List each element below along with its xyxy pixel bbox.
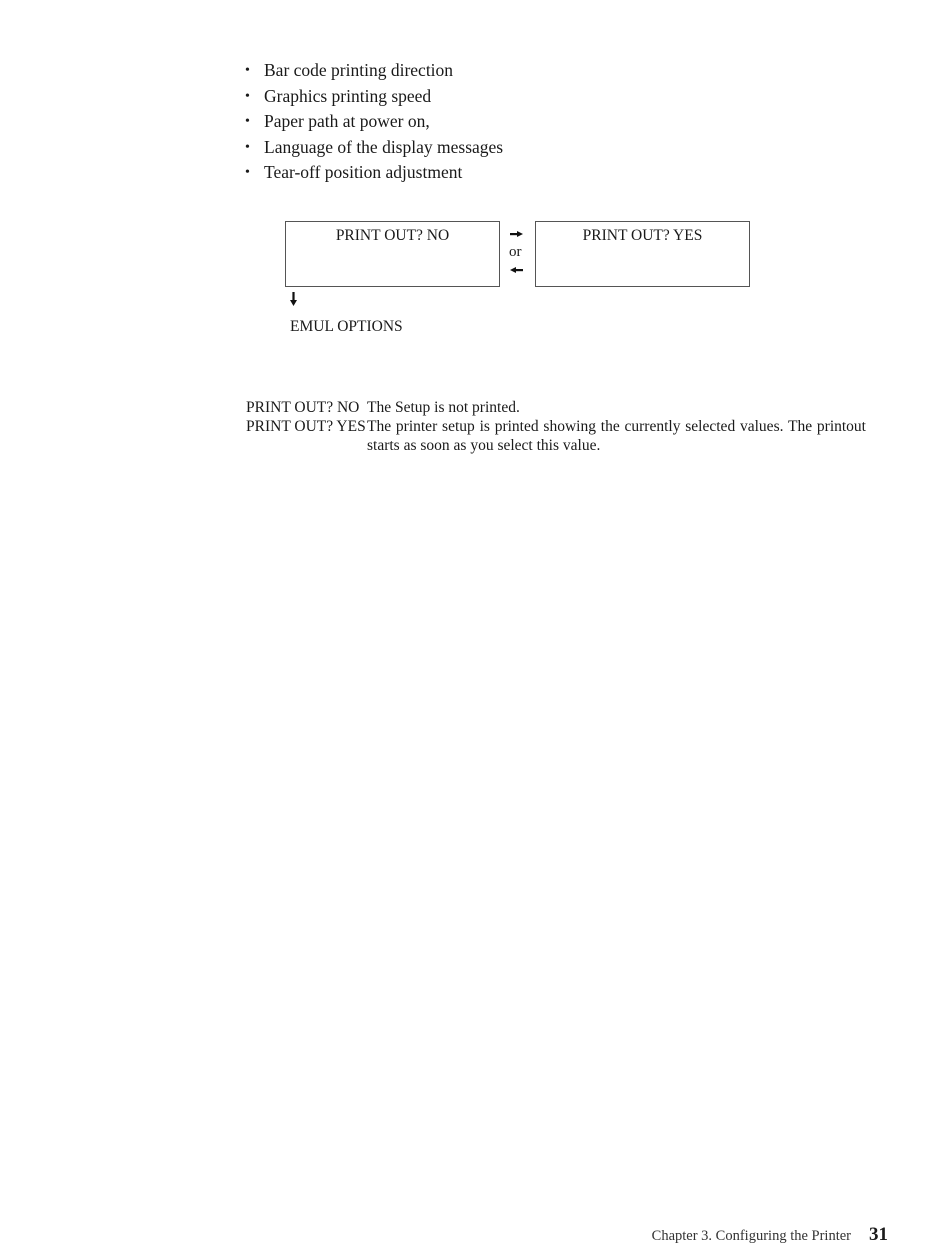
page-number: 31 [869, 1224, 888, 1245]
arrow-down-icon [290, 292, 297, 306]
chapter-title: Chapter 3. Configuring the Printer [652, 1228, 851, 1244]
definition-row: PRINT OUT? NO The Setup is not printed. [246, 398, 866, 417]
definition-list: PRINT OUT? NO The Setup is not printed. … [246, 398, 866, 455]
menu-flow-diagram: PRINT OUT? NO or PRINT OUT? YES EMUL OPT… [0, 0, 950, 360]
definition-term: PRINT OUT? YES [246, 417, 367, 455]
display-box-text: PRINT OUT? YES [583, 227, 703, 244]
display-box-print-out-no: PRINT OUT? NO [285, 221, 500, 287]
display-box-print-out-yes: PRINT OUT? YES [535, 221, 750, 287]
arrow-right-icon [510, 231, 523, 237]
definition-row: PRINT OUT? YES The printer setup is prin… [246, 417, 866, 455]
definition-term: PRINT OUT? NO [246, 398, 367, 417]
next-menu-item: EMUL OPTIONS [290, 318, 403, 336]
or-label: or [509, 244, 522, 261]
definition-description: The Setup is not printed. [367, 398, 866, 417]
display-box-text: PRINT OUT? NO [336, 227, 449, 244]
definition-description: The printer setup is printed showing the… [367, 417, 866, 455]
page-footer: Chapter 3. Configuring the Printer31 [652, 1224, 888, 1246]
arrow-left-icon [510, 267, 523, 273]
